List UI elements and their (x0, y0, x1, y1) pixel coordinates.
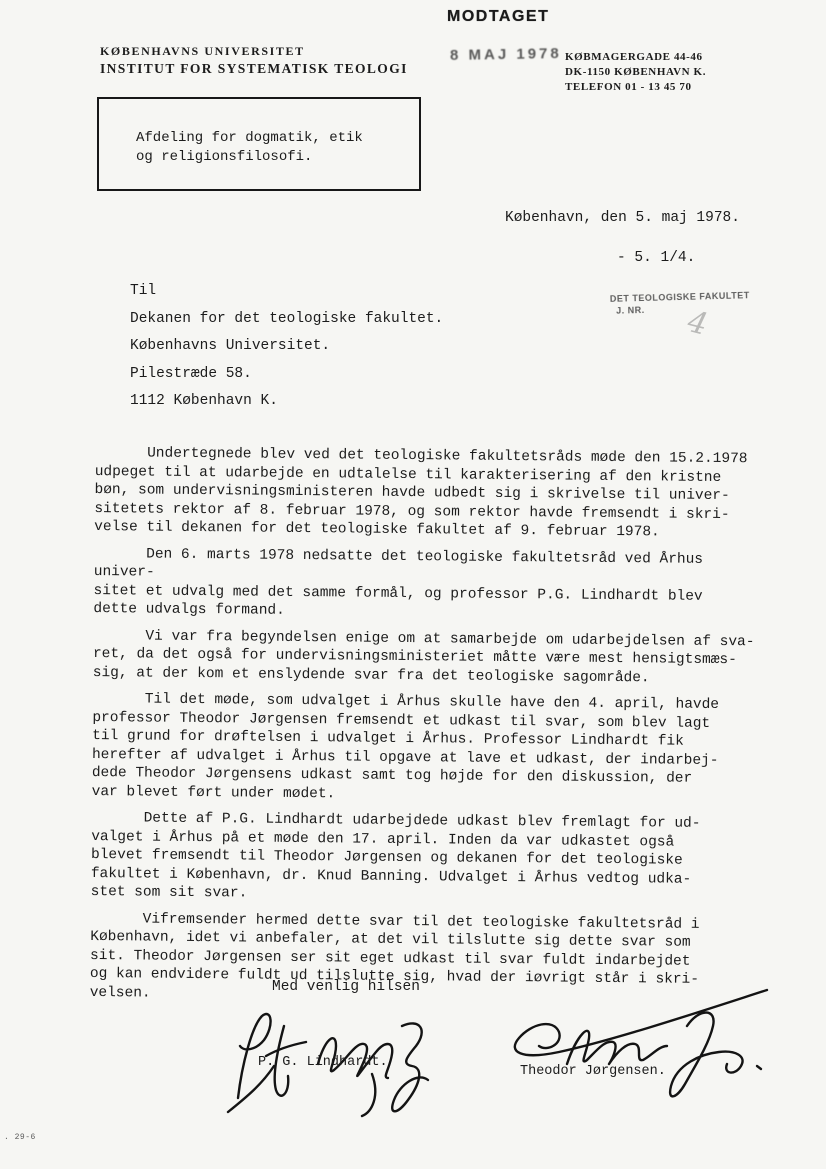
received-stamp: MODTAGET (447, 8, 549, 26)
recipient-line: Til (130, 282, 443, 300)
sender-organization: KØBENHAVNS UNIVERSITET INSTITUT FOR SYST… (100, 44, 408, 77)
reference-number: - 5. 1/4. (617, 250, 695, 266)
jorgensen-signature (455, 982, 775, 1112)
sender-address-line: DK-1150 KØBENHAVN K. (565, 65, 706, 80)
typed-name-lindhardt: P. G. Lindhardt. (258, 1055, 388, 1070)
recipient-block: Til Dekanen for det teologiske fakultet.… (130, 282, 443, 420)
department-name: Afdeling for dogmatik, etik og religions… (136, 129, 363, 167)
sender-address-line: KØBMAGERGADE 44-46 (565, 50, 706, 65)
recipient-line: Københavns Universitet. (130, 337, 443, 355)
body-paragraph: Dette af P.G. Lindhardt udarbejdede udka… (91, 809, 760, 908)
sender-address: KØBMAGERGADE 44-46 DK-1150 KØBENHAVN K. … (565, 50, 706, 95)
sender-org-line1: KØBENHAVNS UNIVERSITET (100, 44, 408, 59)
recipient-line: Dekanen for det teologiske fakultet. (130, 310, 443, 328)
dateline: København, den 5. maj 1978. (505, 210, 740, 226)
body-paragraph: Til det møde, som udvalget i Århus skull… (92, 690, 761, 807)
recipient-line: 1112 København K. (130, 392, 443, 410)
letter-body: Undertegnede blev ved det teologiske fak… (90, 444, 763, 1016)
date-received-stamp: 8 MAJ 1978 (450, 45, 562, 64)
sender-org-line2: INSTITUT FOR SYSTEMATISK TEOLOGI (100, 61, 408, 77)
recipient-line: Pilestræde 58. (130, 365, 443, 383)
faculty-journal-stamp: DET TEOLOGISKE FAKULTET J. NR. (610, 289, 750, 317)
typed-name-jorgensen: Theodor Jørgensen. (520, 1064, 666, 1079)
body-paragraph: Den 6. marts 1978 nedsatte det teologisk… (93, 544, 762, 624)
body-paragraph: Vi var fra begyndelsen enige om at samar… (93, 626, 762, 688)
body-paragraph: Undertegnede blev ved det teologiske fak… (94, 444, 763, 543)
faculty-stamp-line2: J. NR. (616, 301, 750, 316)
department-box: Afdeling for dogmatik, etik og religions… (97, 97, 421, 191)
corner-mark: . 29-6 (4, 1133, 36, 1142)
scanned-letter-page: MODTAGET KØBENHAVNS UNIVERSITET INSTITUT… (0, 0, 826, 1169)
salutation: Med venlig hilsen (272, 979, 420, 995)
sender-address-line: TELEFON 01 - 13 45 70 (565, 80, 706, 95)
